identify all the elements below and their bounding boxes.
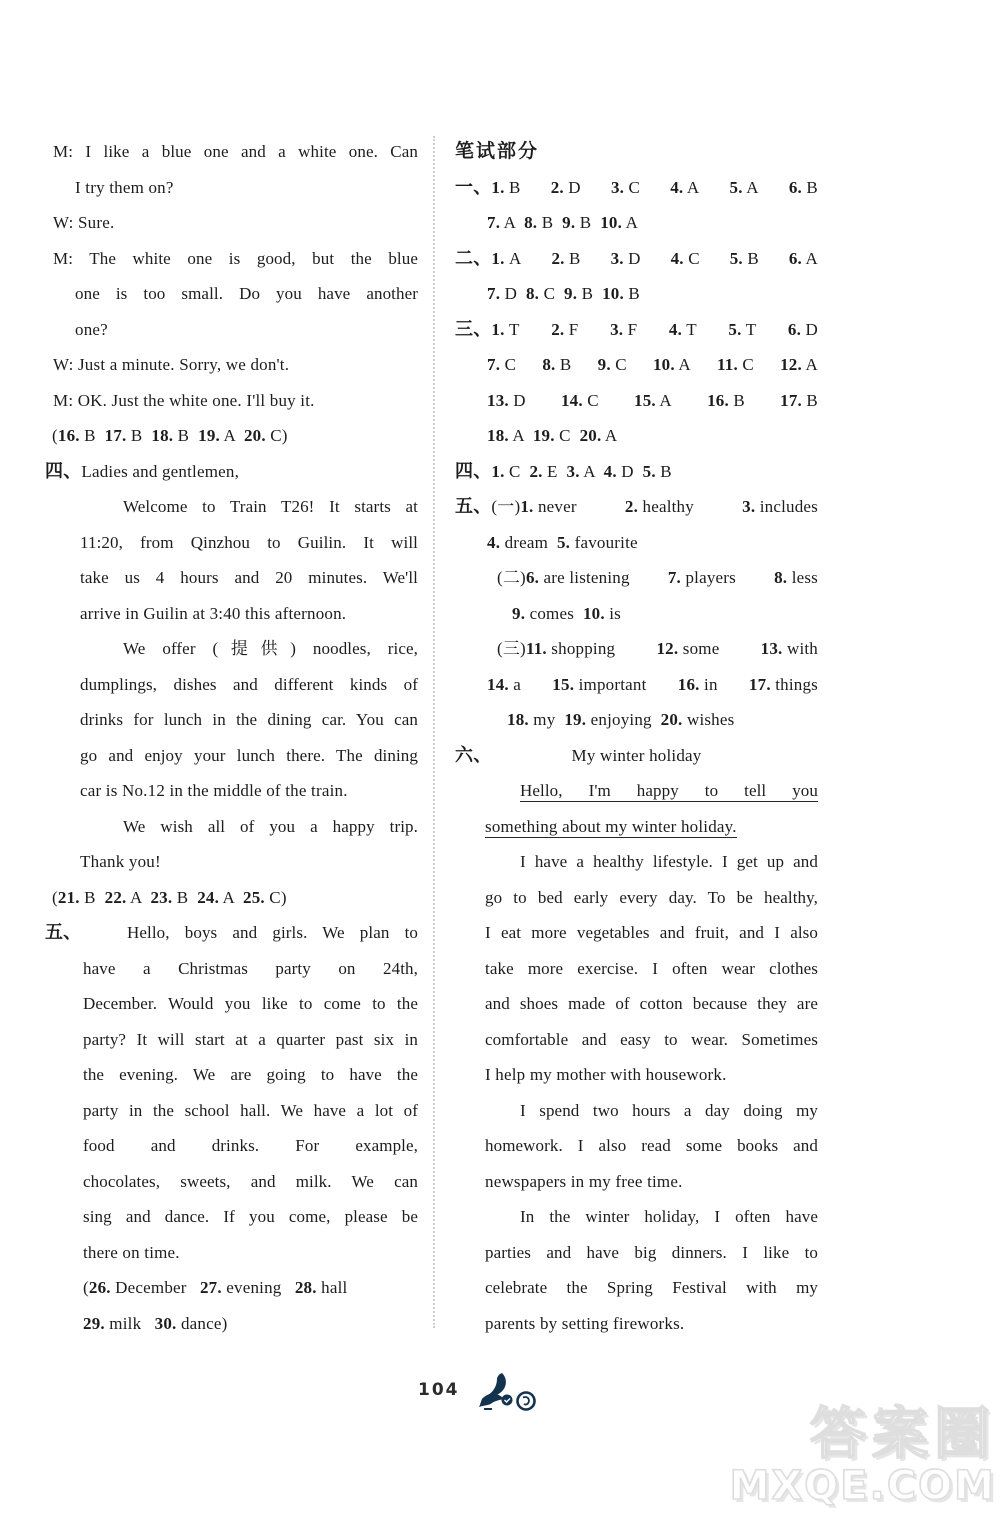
text-segment: 9. [512,604,525,623]
left-column: M: I like a blue one and a white one. Ca… [45,134,418,1341]
text-segment: 25. [243,888,265,907]
text-line: 六、My winter holiday [455,738,818,774]
text-segment: Hello, I'm happy to tell you [520,781,818,802]
text-segment: A [675,355,691,374]
text-segment: something about my winter holiday. [485,817,737,838]
text-segment: 五、(一)1. never [455,489,577,525]
text-line: I eat more vegetables and fruit, and I a… [455,915,818,951]
text-segment: A [509,426,533,445]
text-segment: 12. [780,355,802,374]
text-segment: C) [265,888,287,907]
text-segment: sing and dance. If you come, please be [83,1207,418,1226]
text-segment: (二)6. are listening [497,560,630,596]
watermark-site: MXQE.COM [730,1465,996,1507]
text-segment: A [126,888,150,907]
text-segment: 4. A [670,170,699,206]
text-segment: F [564,320,578,339]
text-segment: 11:20, from Qinzhou to Guilin. It will [80,533,418,552]
text-segment: things [771,675,818,694]
text-line: 18. A 19. C 20. A [455,418,818,454]
text-segment: go to bed early every day. To be healthy… [485,888,818,907]
text-segment: C [500,355,516,374]
text-segment: go and enjoy your lunch there. The dinin… [80,746,418,765]
text-segment: homework. I also read some books and [485,1136,818,1155]
text-segment: there on time. [83,1243,180,1262]
text-segment: 2. [551,178,564,197]
text-segment: evening [222,1278,295,1297]
text-segment: 24. [197,888,219,907]
text-segment: milk [105,1314,155,1333]
text-segment: 6. [789,178,802,197]
text-segment: B [80,426,105,445]
text-segment: 15. [552,675,574,694]
text-segment: 3. [742,497,755,516]
text-segment: 3. F [610,312,637,348]
text-segment: 20. [661,710,683,729]
text-segment: comes [525,604,583,623]
text-line: I help my mother with housework. [455,1057,818,1093]
text-segment: 4. [604,462,617,481]
text-line: take us 4 hours and 20 minutes. We'll [45,560,418,596]
column-divider [433,136,435,1328]
text-segment: A [500,213,524,232]
text-segment: T [505,320,520,339]
text-line: drinks for lunch in the dining car. You … [45,702,418,738]
text-segment: B [565,249,581,268]
text-line: there on time. [45,1235,418,1271]
text-segment: take us 4 hours and 20 minutes. We'll [80,568,418,587]
text-segment: 10. [602,284,624,303]
text-line: (二)6. are listening7. players8. less [455,560,818,596]
text-segment: D [801,320,818,339]
text-segment: B [80,888,105,907]
text-segment: 3. [611,249,624,268]
text-segment: 28. [295,1278,317,1297]
text-line: chocolates, sweets, and milk. We can [45,1164,418,1200]
text-segment: D [564,178,581,197]
text-segment: 6. D [788,312,818,348]
text-segment: C) [266,426,288,445]
text-segment: B [126,426,151,445]
text-segment: 5. A [730,170,759,206]
text-segment: 13. [761,639,783,658]
text-segment: 2. F [551,312,578,348]
text-segment: my [529,710,564,729]
text-segment: have a Christmas party on 24th, [83,959,418,978]
text-segment: 5. [730,249,743,268]
text-segment: 7. C [487,347,516,383]
text-segment: 10. A [653,347,691,383]
text-segment: B [537,213,562,232]
text-segment: 4. C [671,241,700,277]
text-segment: 7. [487,284,500,303]
text-segment: Hello, boys and girls. We plan to [127,923,418,942]
text-line: (16. B 17. B 18. B 19. A 20. C) [45,418,418,454]
text-segment: 3. [567,462,580,481]
text-line: dumplings, dishes and different kinds of [45,667,418,703]
text-line: 18. my 19. enjoying 20. wishes [455,702,818,738]
text-segment: In the winter holiday, I often have [520,1207,818,1226]
text-segment: December [111,1278,200,1297]
text-segment: 9. C [598,347,627,383]
text-segment: 17. things [749,667,818,703]
text-segment: D [509,391,526,410]
section-marker: 六、 [455,738,491,774]
text-segment: is [605,604,621,623]
text-segment: enjoying [586,710,660,729]
text-line: go and enjoy your lunch there. The dinin… [45,738,418,774]
text-line: (26. December 27. evening 28. hall [45,1270,418,1306]
text-line: (21. B 22. A 23. B 24. A 25. C) [45,880,418,916]
text-line: comfortable and easy to wear. Sometimes [455,1022,818,1058]
site-watermark: 答案圈 MXQE.COM [730,1406,996,1507]
text-segment: B [802,391,818,410]
text-segment: A [219,888,243,907]
text-segment: important [574,675,646,694]
text-segment: 14. a [487,667,521,703]
text-segment: one? [75,320,108,339]
text-segment: 6. A [789,241,818,277]
text-segment: take more exercise. I often wear clothes [485,959,818,978]
section-marker: 五、 [455,496,491,517]
text-line: newspapers in my free time. [455,1164,818,1200]
text-segment: 6. [526,568,539,587]
text-line: I have a healthy lifestyle. I get up and [455,844,818,880]
text-segment: B [173,426,198,445]
text-segment: 10. [583,604,605,623]
text-segment: in [700,675,718,694]
text-segment: 21. [58,888,80,907]
text-line: 29. milk 30. dance) [45,1306,418,1342]
text-segment: healthy [638,497,694,516]
text-line: Hello, I'm happy to tell you [455,773,818,809]
text-segment: B [555,355,571,374]
text-segment: 7. [487,213,500,232]
text-segment: T [682,320,697,339]
text-segment: We wish all of you a happy trip. [123,817,418,836]
text-segment: drinks for lunch in the dining car. You … [80,710,418,729]
text-segment: 26. [89,1278,111,1297]
text-segment: 2. [551,249,564,268]
text-segment: chocolates, sweets, and milk. We can [83,1172,418,1191]
text-line: party in the school hall. We have a lot … [45,1093,418,1129]
text-segment: 18. [487,426,509,445]
text-segment: 3. [611,178,624,197]
text-segment: 17. [105,426,127,445]
text-line: 13. D14. C15. A16. B17. B [455,383,818,419]
text-line: sing and dance. If you come, please be [45,1199,418,1235]
text-segment: 一、1. B [455,170,521,206]
section-marker: 四、 [45,461,81,482]
text-segment: 12. some [656,631,719,667]
page-number: 104 [418,1380,460,1400]
text-segment: 30. [155,1314,177,1333]
text-line: I try them on? [45,170,418,206]
text-segment: 7. players [668,560,736,596]
text-segment: 8. [774,568,787,587]
text-segment: (三) [497,639,526,658]
text-segment: 15. A [634,383,672,419]
text-segment: B [729,391,745,410]
text-segment: never [534,497,577,516]
text-segment: 2. D [551,170,581,206]
text-segment: 8. [526,284,539,303]
text-line: We offer (提供) noodles, rice, [45,631,418,667]
text-segment: 10. [653,355,675,374]
text-segment: 3. D [611,241,641,277]
text-segment: 6. B [789,170,818,206]
text-line: parties and have big dinners. I like to [455,1235,818,1271]
text-segment: shopping [547,639,615,658]
section-marker: 笔试部分 [455,140,539,162]
section-marker: 一、 [455,177,491,198]
text-line: 4. dream 5. favourite [455,525,818,561]
text-line: W: Just a minute. Sorry, we don't. [45,347,418,383]
text-segment: 2. [625,497,638,516]
text-segment: I try them on? [75,178,174,197]
text-segment: A [802,355,818,374]
text-segment: C [611,355,627,374]
text-segment: celebrate the Spring Festival with my [485,1278,818,1297]
text-line: In the winter holiday, I often have [455,1199,818,1235]
text-segment: party? It will start at a quarter past s… [83,1030,418,1049]
text-segment: A [683,178,699,197]
text-segment: 4. [670,178,683,197]
text-segment: M: I like a blue one and a white one. Ca… [53,142,418,161]
text-segment: some [678,639,719,658]
text-line: take more exercise. I often wear clothes [455,951,818,987]
text-segment: 17. [780,391,802,410]
text-segment: A [580,462,604,481]
text-segment: 7. [487,355,500,374]
text-segment: D [500,284,526,303]
text-segment: (三)11. shopping [497,631,615,667]
text-segment: 16. [678,675,700,694]
text-segment: 12. A [780,347,818,383]
answer-key-page: M: I like a blue one and a white one. Ca… [0,0,1000,1518]
text-line: one? [45,312,418,348]
text-segment: 二、1. A [455,241,522,277]
text-line: have a Christmas party on 24th, [45,951,418,987]
text-line: car is No.12 in the middle of the train. [45,773,418,809]
text-segment: We offer (提供) noodles, rice, [123,639,418,658]
text-line: 四、1. C 2. E 3. A 4. D 5. B [455,454,818,490]
text-segment: 8. [542,355,555,374]
text-segment: 11. C [717,347,754,383]
text-segment: December. Would you like to come to the [83,994,418,1013]
text-segment: Welcome to Train T26! It starts at [123,497,418,516]
text-line: Thank you! [45,844,418,880]
text-segment: 9. [564,284,577,303]
text-segment: I have a healthy lifestyle. I get up and [520,852,818,871]
text-segment: M: OK. Just the white one. I'll buy it. [53,391,315,410]
text-segment: 16. in [678,667,718,703]
text-line: go to bed early every day. To be healthy… [455,880,818,916]
text-segment: C [583,391,599,410]
text-segment: A [622,213,638,232]
text-segment: with [783,639,818,658]
text-segment: 17. B [780,383,818,419]
page-footer: 104 答案圈 MXQE.COM [0,1368,1000,1518]
text-segment: B [743,249,759,268]
text-segment: D [624,249,641,268]
text-segment: newspapers in my free time. [485,1172,683,1191]
text-segment: Thank you! [80,852,161,871]
text-segment: B [577,284,602,303]
text-segment: B [505,178,521,197]
text-segment: 19. [198,426,220,445]
text-segment: C [684,249,700,268]
text-segment: B [575,213,600,232]
text-segment: W: Sure. [53,213,114,232]
text-segment: 1. [491,462,504,481]
text-segment: A [601,426,617,445]
text-segment: 6. [788,320,801,339]
text-segment: 5. [730,178,743,197]
text-segment: 14. C [561,383,599,419]
text-segment: 18. [151,426,173,445]
text-segment: dumplings, dishes and different kinds of [80,675,418,694]
text-segment: 11. [717,355,738,374]
text-line: the evening. We are going to have the [45,1057,418,1093]
text-segment: My winter holiday [572,746,702,765]
text-segment: parties and have big dinners. I like to [485,1243,818,1262]
text-segment: 4. T [669,312,697,348]
text-line: party? It will start at a quarter past s… [45,1022,418,1058]
text-line: and shoes made of cotton because they ar… [455,986,818,1022]
text-line: 五、(一)1. never2. healthy3. includes [455,489,818,525]
text-segment: 17. [749,675,771,694]
text-segment: 11. [526,639,547,658]
section-marker: 三、 [455,319,491,340]
text-line: (三)11. shopping12. some13. with [455,631,818,667]
text-segment: party in the school hall. We have a lot … [83,1101,418,1120]
text-line: 五、Hello, boys and girls. We plan to [45,915,418,951]
text-segment: 9. [562,213,575,232]
text-segment: dance) [177,1314,228,1333]
text-segment: hall [317,1278,348,1297]
text-segment: A [505,249,522,268]
text-line: M: The white one is good, but the blue [45,241,418,277]
text-segment: 8. B [542,347,571,383]
text-segment: C [555,426,580,445]
text-segment: 三、1. T [455,312,520,348]
text-segment: 16. [707,391,729,410]
text-segment: 29. [83,1314,105,1333]
text-segment: 4. [487,533,500,552]
text-segment: 23. [150,888,172,907]
text-line: 7. D 8. C 9. B 10. B [455,276,818,312]
text-segment: arrive in Guilin at 3:40 this afternoon. [80,604,346,623]
text-segment: 4. [671,249,684,268]
text-segment: (一) [491,497,520,516]
text-segment: W: Just a minute. Sorry, we don't. [53,355,289,374]
text-segment: less [787,568,818,587]
text-segment: and shoes made of cotton because they ar… [485,994,818,1013]
text-segment: 22. [105,888,127,907]
text-line: 9. comes 10. is [455,596,818,632]
text-segment: 2. [529,462,542,481]
text-segment: food and drinks. For example, [83,1136,418,1155]
text-line: 14. a15. important16. in17. things [455,667,818,703]
text-segment: comfortable and easy to wear. Sometimes [485,1030,818,1049]
text-segment: B [656,462,672,481]
text-segment: 27. [200,1278,222,1297]
text-segment: one is too small. Do you have another [75,284,418,303]
text-segment: 19. [533,426,555,445]
text-segment: A [802,249,818,268]
text-line: 11:20, from Qinzhou to Guilin. It will [45,525,418,561]
text-segment: 13. with [761,631,818,667]
text-segment: 7. [668,568,681,587]
text-line: parents by setting fireworks. [455,1306,818,1342]
text-line: celebrate the Spring Festival with my [455,1270,818,1306]
text-segment: 5. B [730,241,759,277]
text-segment: 14. [561,391,583,410]
text-segment: dream [500,533,557,552]
text-line: 7. C8. B9. C10. A11. C12. A [455,347,818,383]
text-segment: 12. [656,639,678,658]
section-marker: 二、 [455,248,491,269]
section-marker: 五、 [45,915,81,951]
text-segment: 20. [580,426,602,445]
text-segment: I eat more vegetables and fruit, and I a… [485,923,818,942]
text-segment: C [738,355,754,374]
text-segment: 1. [491,249,504,268]
text-segment: 8. [524,213,537,232]
text-segment: 5. [643,462,656,481]
text-segment: car is No.12 in the middle of the train. [80,781,348,800]
text-line: 7. A 8. B 9. B 10. A [455,205,818,241]
text-segment: D [617,462,643,481]
text-segment: favourite [570,533,638,552]
text-segment: I spend two hours a day doing my [520,1101,818,1120]
text-segment: B [624,284,640,303]
text-segment: players [681,568,736,587]
text-segment: 4. [669,320,682,339]
text-segment: T [742,320,757,339]
text-segment: 1. [491,178,504,197]
text-line: December. Would you like to come to the [45,986,418,1022]
text-line: something about my winter holiday. [455,809,818,845]
text-segment: 13. D [487,383,526,419]
text-segment: M: The white one is good, but the blue [53,249,418,268]
text-line: 三、1. T2. F3. F4. T5. T6. D [455,312,818,348]
text-line: homework. I also read some books and [455,1128,818,1164]
text-line: Welcome to Train T26! It starts at [45,489,418,525]
text-segment: C [539,284,564,303]
text-segment: 9. [598,355,611,374]
text-line: arrive in Guilin at 3:40 this afternoon. [45,596,418,632]
text-segment: A [220,426,244,445]
text-segment: 16. B [707,383,745,419]
text-segment: are listening [539,568,630,587]
text-segment: 20. [244,426,266,445]
text-segment: 19. [564,710,586,729]
text-segment: 5. T [728,312,756,348]
text-line: 一、1. B2. D3. C4. A5. A6. B [455,170,818,206]
text-segment: 18. [507,710,529,729]
right-column: 笔试部分一、1. B2. D3. C4. A5. A6. B7. A 8. B … [455,134,818,1341]
text-segment: 8. less [774,560,818,596]
text-segment: C [505,462,530,481]
text-line: M: I like a blue one and a white one. Ca… [45,134,418,170]
text-segment: 13. [487,391,509,410]
watermark-title: 答案圈 [730,1406,996,1465]
section-marker: 四、 [455,461,491,482]
text-segment: A [656,391,672,410]
text-segment: (二) [497,568,526,587]
